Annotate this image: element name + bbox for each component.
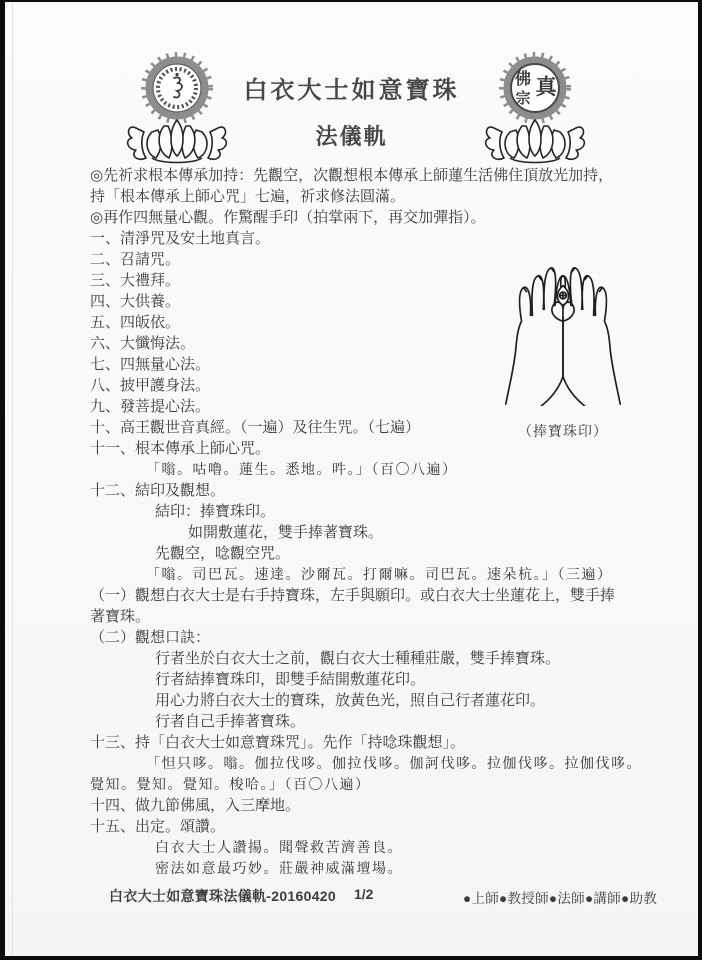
body-line: 十四、做九節佛風，入三摩地。	[90, 796, 635, 817]
body-line: 用心力將白衣大士的寶珠，放黃色光，照自己行者蓮花印。	[90, 691, 635, 712]
photo-frame: 白衣大士如意寶珠 法儀軌 佛 真 宗	[0, 0, 702, 960]
body-line: 「嗡。司巴瓦。速達。沙爾瓦。打爾嘛。司巴瓦。速朵杭。」（三遍）	[90, 565, 635, 586]
body-line: 「嗡。咕嚕。蓮生。悉地。吽。」（百〇八遍）	[90, 460, 635, 481]
seal-char-zhen: 真	[536, 75, 558, 99]
document-title: 白衣大士如意寶珠	[5, 70, 698, 105]
body-line: 十五、出定。頌讚。	[90, 817, 635, 838]
mudra-hands-illustration	[483, 258, 643, 406]
true-buddha-school-seal-icon: 佛 真 宗	[479, 48, 591, 164]
seal-char-fo: 佛	[515, 69, 531, 88]
body-line: 十一、根本傳承上師心咒。	[90, 439, 635, 460]
body-line: 行者坐於白衣大士之前，觀白衣大士種種莊嚴，雙手捧寶珠。	[90, 649, 635, 670]
body-line: 覺知。覺知。覺知。梭哈。」（百〇八遍）	[90, 775, 635, 796]
footer-credits: ●上師●教授師●法師●講師●助教	[463, 887, 657, 907]
body-line: 行者結捧寶珠印，即雙手結開敷蓮花印。	[90, 670, 635, 691]
body-line: 著寶珠。	[90, 607, 635, 628]
body-line: 如開敷蓮花，雙手捧著寶珠。	[90, 523, 635, 544]
body-line: ◎再作四無量心觀。作驚醒手印（拍掌兩下，再交加彈指）。	[90, 208, 635, 229]
body-line: 結印：捧寶珠印。	[90, 502, 635, 523]
document-subtitle: 法儀軌	[5, 120, 698, 151]
body-line: 十二、結印及觀想。	[90, 481, 635, 502]
footer-doc-id: 白衣大士如意寶珠法儀軌-20160420	[109, 886, 336, 906]
mudra-figure: （捧寶珠印）	[473, 258, 653, 441]
body-line: （二）觀想口訣：	[90, 628, 635, 649]
body-line: （一）觀想白衣大士是右手持寶珠，左手與願印。或白衣大士坐蓮花上，雙手捧	[90, 586, 635, 607]
body-line: 行者自己手捧著寶珠。	[90, 712, 635, 733]
body-line: 密法如意最巧妙。莊嚴神威滿壇場。	[90, 859, 635, 880]
body-line: 十三、持「白衣大士如意寶珠咒」。先作「持唸珠觀想」。	[90, 733, 635, 754]
mudra-caption: （捧寶珠印）	[473, 421, 653, 441]
seal-char-zong: 宗	[515, 89, 530, 107]
body-line: 持「根本傳承上師心咒」七遍，祈求修法圓滿。	[90, 187, 635, 208]
body-line: 「怛只哆。嗡。伽拉伐哆。伽拉伐哆。伽訶伐哆。拉伽伐哆。拉伽伐哆。	[90, 754, 635, 775]
body-line: 白衣大士人讚揚。聞聲救苦濟善良。	[90, 838, 635, 859]
body-line: 一、清淨咒及安土地真言。	[90, 229, 635, 250]
footer-page-number: 1/2	[354, 886, 373, 902]
document-page: 白衣大士如意寶珠 法儀軌 佛 真 宗	[5, 2, 698, 956]
body-line: ◎先祈求根本傳承加持：先觀空，次觀想根本傳承上師蓮生活佛住頂放光加持，	[90, 166, 635, 187]
body-line: 先觀空，唸觀空咒。	[90, 544, 635, 565]
